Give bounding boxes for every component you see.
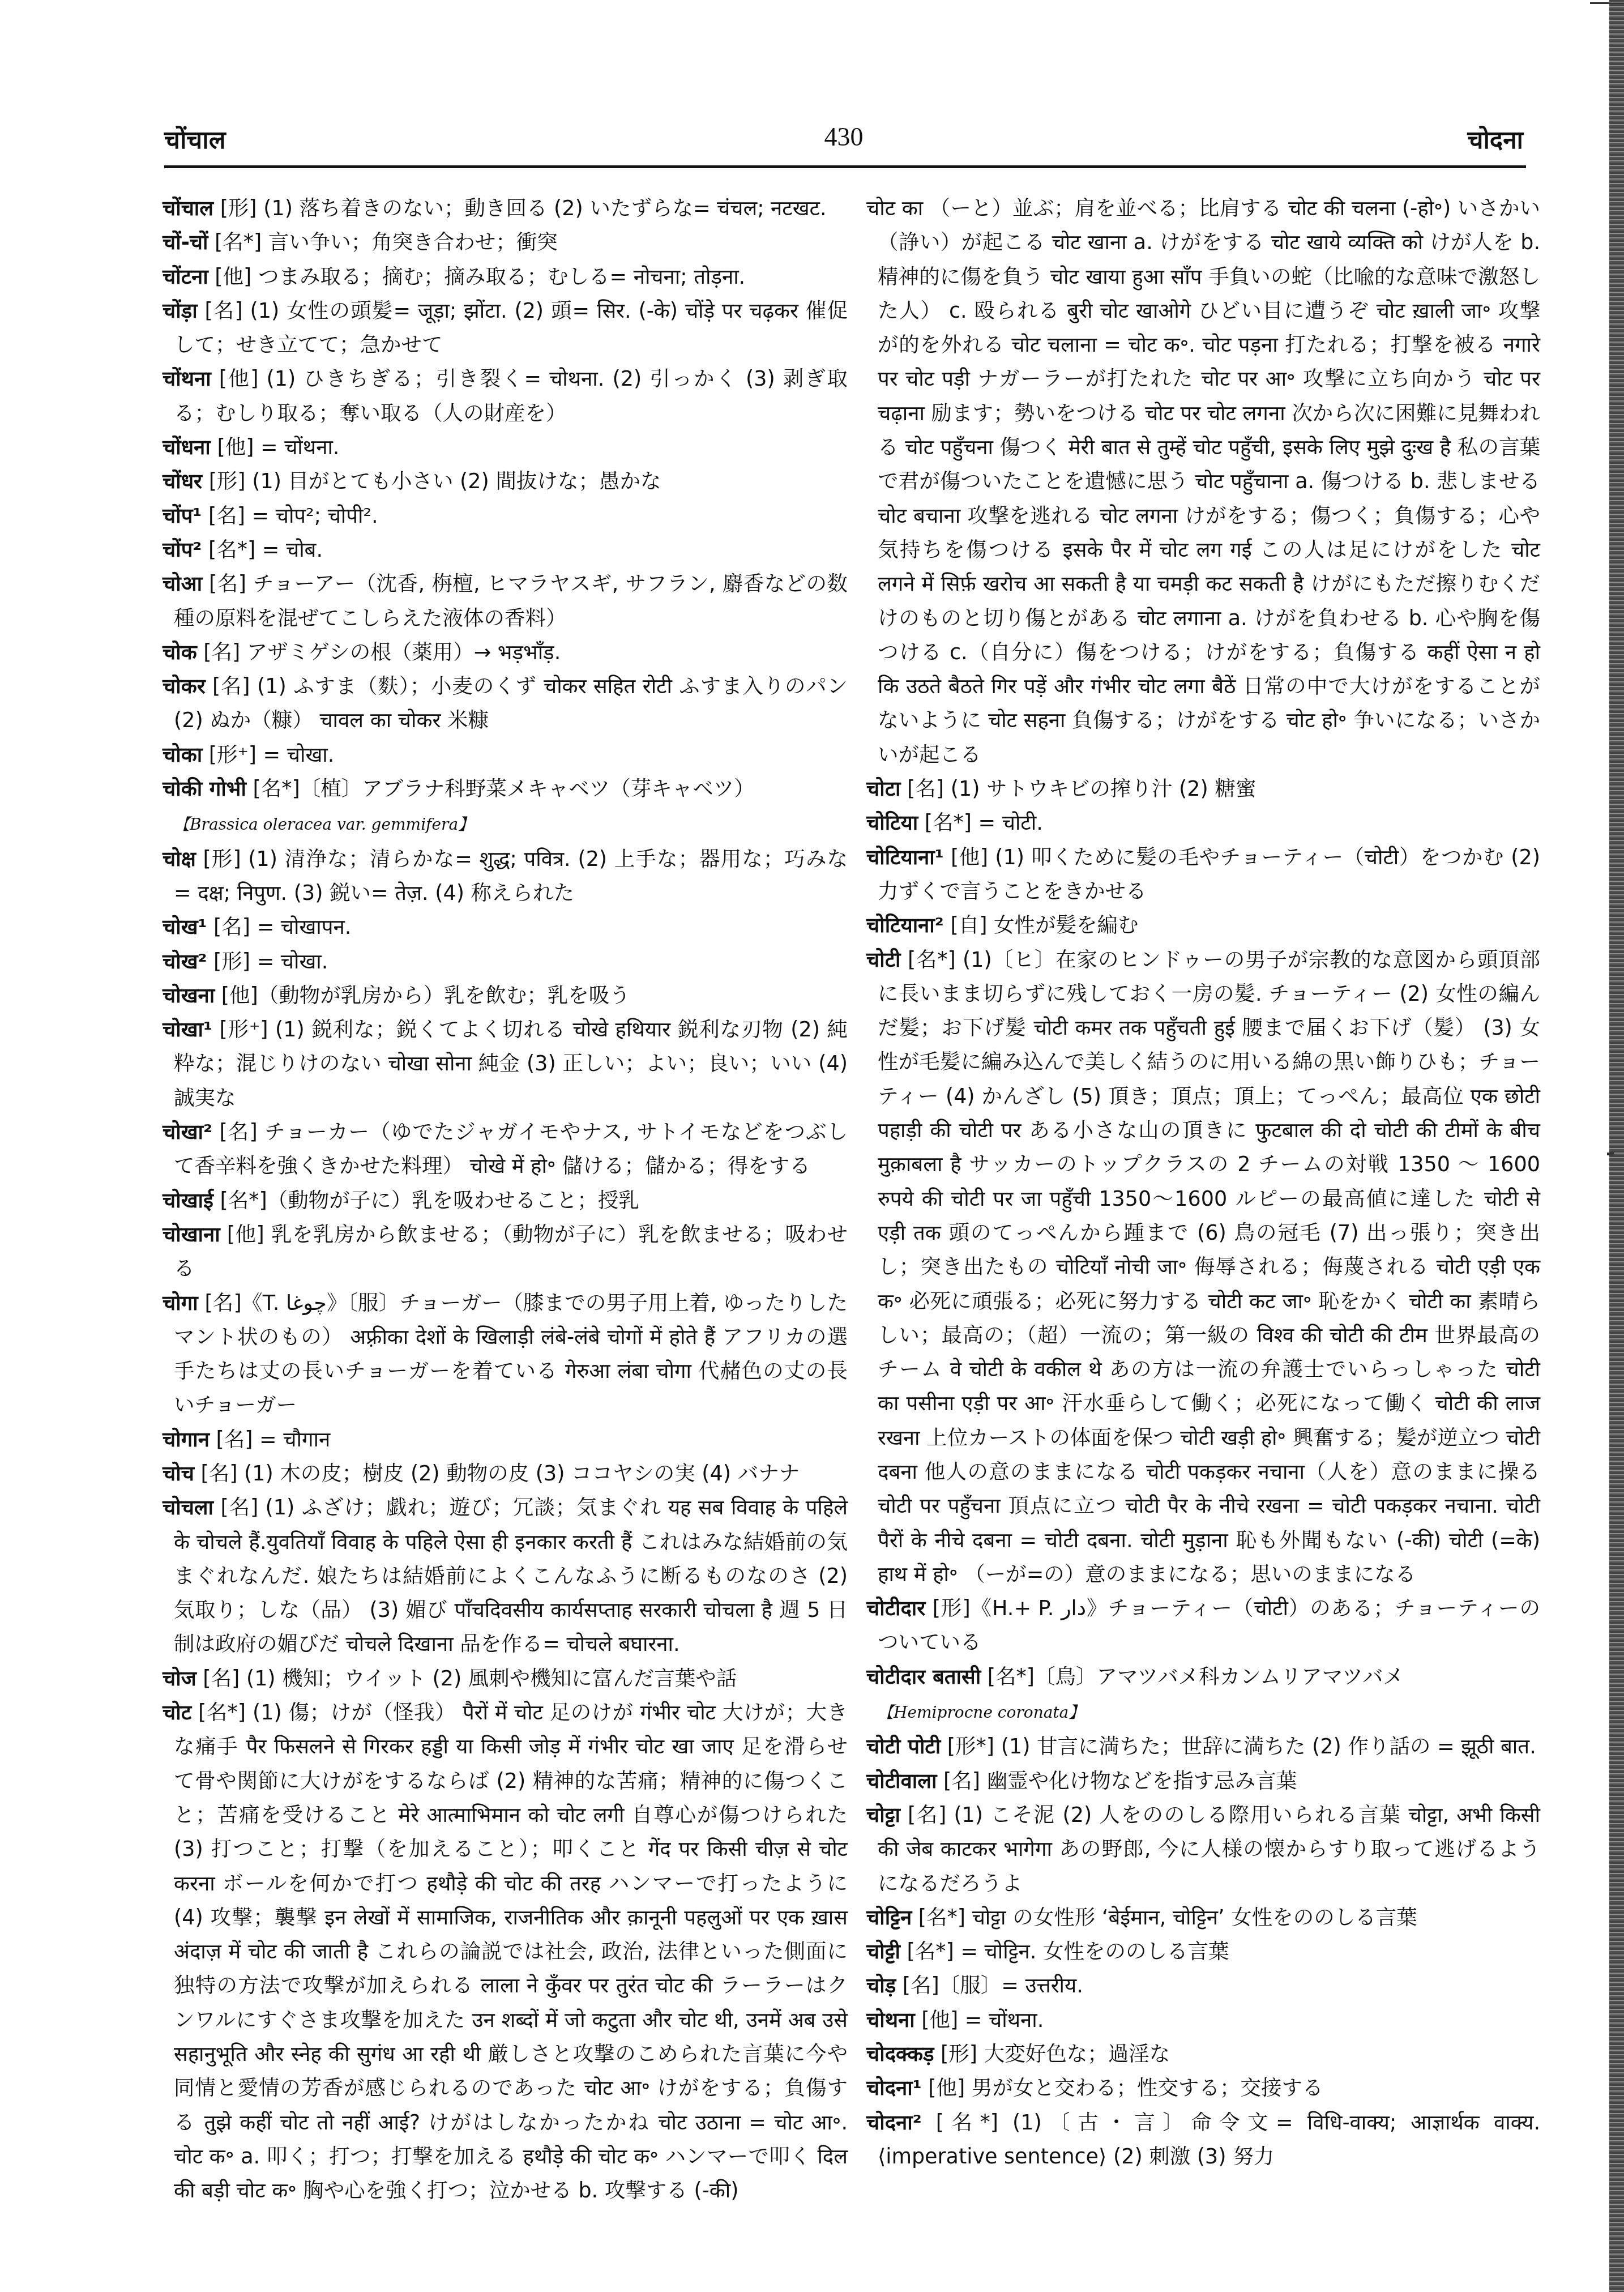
entry-definition: [他] (1) 叩くために髪の毛やチョーティー（चोटी）をつかむ (2) 力ず…	[878, 845, 1540, 903]
header-first-headword: चोंचाल	[164, 122, 226, 156]
entry-headword: चोदना²	[866, 2110, 922, 2135]
entry-headword: चोख¹	[163, 915, 207, 939]
dictionary-entry: चोखाना [他] 乳を乳房から飲ませる；（動物が子に）乳を飲ませる；吸わせる	[163, 1218, 848, 1286]
dictionary-entry: चोटीदार [形]《H.+ P. دار》チョーティー（चोटी）のある；チ…	[866, 1591, 1540, 1660]
entry-definition: [形] (1) 清浄な；清らかな= शुद्ध; पवित्र. (2) 上手な…	[174, 847, 848, 905]
entry-headword: चोटी पोटी	[866, 1734, 941, 1759]
dictionary-entry: चोआ [名] チョーアー（沈香, 栴檀, ヒマラヤスギ, サフラン, 麝香など…	[163, 567, 848, 635]
dictionary-entry: चोगा [名]《T. چوغا》〔服〕チョーガー（膝までの男子用上着, ゆった…	[163, 1286, 848, 1423]
entry-definition: [自] 女性が髪を編む	[950, 913, 1138, 937]
entry-headword: चों-चों	[163, 230, 208, 254]
entry-definition: [名*] 言い争い；角突き合わせ；衝突	[215, 230, 558, 254]
entry-headword: चोदक्कड़	[866, 2042, 934, 2066]
entry-definition: [名] (1) 女性の頭髪= जूड़ा; झोंटा. (2) 頭= सिर.…	[174, 298, 848, 357]
entry-definition: [他] 男が女と交わる；性交する；交接する	[928, 2076, 1323, 2100]
entry-headword: चोआ	[163, 571, 202, 596]
entry-headword: चोट	[163, 1700, 191, 1725]
entry-definition: [名] チョーカー（ゆでたジャガイモやナス, サトイモなどをつぶして香辛料を強く…	[174, 1120, 848, 1178]
entry-headword: चोचला	[163, 1495, 213, 1520]
dictionary-entry: चोदक्कड़ [形] 大変好色な；過淫な	[866, 2037, 1540, 2071]
entry-headword: चोटी	[866, 947, 900, 972]
entry-definition: [形] (1) 落ち着きのない；動き回る (2) いたずらな= चंचल; नट…	[220, 196, 827, 220]
entry-headword: चोका	[163, 742, 202, 767]
entry-definition: [他] (1) ひきちぎる；引き裂く= चोथना. (2) 引っかく (3) …	[174, 366, 848, 425]
entry-headword: चोक	[163, 640, 197, 664]
dictionary-entry: चोंधना [他] = चोंथना.	[163, 430, 848, 464]
entry-headword: चोख²	[163, 949, 207, 974]
right-column: चोट का （ーと）並ぶ；肩を並べる；比肩する चोट की चलना (-ह…	[866, 191, 1540, 2174]
dictionary-entry: चोंप¹ [名] = चोप²; चोपी².	[163, 499, 848, 533]
entry-definition: [名*] = चोटी.	[925, 810, 1043, 835]
entry-definition: [他] = चोंथना.	[217, 435, 339, 459]
dictionary-entry: चोक [名] アザミゲシの根（薬用）→ भड़भाँड़.	[163, 635, 848, 669]
entry-definition: [名] (1) ふすま（麩）；小麦のくず चोकर सहित रोटी ふすま入…	[174, 674, 848, 732]
entry-headword: चोटीदार बतासी	[866, 1664, 981, 1689]
entry-definition: [他] 乳を乳房から飲ませる；（動物が子に）乳を飲ませる；吸わせる	[174, 1222, 848, 1281]
entry-definition: [名]〔服〕= उत्तरीय.	[903, 1973, 1083, 1998]
entry-definition: [名] (1) 木の皮；樹皮 (2) 動物の皮 (3) ココヤシの実 (4) バ…	[200, 1461, 800, 1486]
entry-headword: चोखना	[163, 983, 215, 1008]
book-binding-edge	[1609, 0, 1624, 2292]
entry-headword: चोंथना	[163, 366, 211, 391]
entry-definition: [形⁺] = चोखा.	[209, 742, 335, 767]
entry-definition: [名*] = चोब.	[208, 537, 323, 562]
dictionary-entry: चोथना [他] = चोंथना.	[866, 2003, 1540, 2037]
dictionary-entry: चोकी गोभी [名*]〔植〕アブラナ科野菜メキャベツ（芽キャベツ）【Bra…	[163, 772, 848, 842]
entry-headword: चोच	[163, 1461, 194, 1486]
entry-definition: [名*]（動物が子に）乳を吸わせること；授乳	[220, 1188, 639, 1213]
dictionary-entry: चोटीवाला [名] 幽霊や化け物などを指す忌み言葉	[866, 1764, 1540, 1798]
dictionary-entry: चों-चों [名*] 言い争い；角突き合わせ；衝突	[163, 225, 848, 259]
dictionary-entry: चोंटना [他] つまみ取る；摘む；摘み取る；むしる= नोचना; तोड…	[163, 260, 848, 294]
dictionary-entry: चोदना² [名*] (1)〔古・言〕命令文= विधि-वाक्य; आज्…	[866, 2106, 1540, 2174]
entry-definition: चोट का （ーと）並ぶ；肩を並べる；比肩する चोट की चलना (-ह…	[866, 196, 1540, 767]
scientific-name: 【Hemiprocne coronata】	[878, 1703, 1084, 1722]
entry-headword: चोट्टा	[866, 1803, 900, 1827]
header-rule	[164, 165, 1526, 168]
entry-headword: चोंटना	[163, 264, 208, 289]
entry-definition: [他] つまみ取る；摘む；摘み取る；むしる= नोचना; तोड़ना.	[215, 264, 745, 289]
entry-definition: [他]（動物が乳房から）乳を飲む；乳を吸う	[221, 983, 630, 1008]
dictionary-entry: चोटी पोटी [形*] (1) 甘言に満ちた；世辞に満ちた (2) 作り話…	[866, 1730, 1540, 1764]
entry-headword: चोंड़ा	[163, 298, 198, 323]
entry-headword: चोंधना	[163, 435, 211, 459]
entry-headword: चोगा	[163, 1291, 198, 1315]
dictionary-entry: चोखना [他]（動物が乳房から）乳を飲む；乳を吸う	[163, 979, 848, 1013]
entry-headword: चोकी गोभी	[163, 776, 246, 801]
entry-definition: [名*] = चोट्टिन. 女性をののしる言葉	[907, 1939, 1229, 1964]
entry-headword: चोट्टी	[866, 1939, 900, 1964]
entry-definition: [形]《H.+ P. دار》チョーティー（चोटी）のある；チョーティーのつい…	[878, 1596, 1540, 1654]
dictionary-entry: चोटियाना¹ [他] (1) 叩くために髪の毛やチョーティー（चोटी）を…	[866, 840, 1540, 909]
entry-definition: [他] = चोंथना.	[921, 2008, 1044, 2032]
dictionary-entry: चोज [名] (1) 機知；ウイット (2) 風刺や機知に富んだ言葉や話	[163, 1662, 848, 1696]
entry-headword: चोड़	[866, 1973, 896, 1998]
entry-headword: चोंप¹	[163, 503, 202, 528]
dictionary-entry: चोट्टिन [名*] चोट्टा の女性形 ‘बेईमान, चोट्टि…	[866, 1901, 1540, 1935]
left-column: चोंचाल [形] (1) 落ち着きのない；動き回る (2) いたずらな= च…	[163, 191, 848, 2208]
dictionary-entry: चोंधर [形] (1) 目がとても小さい (2) 間抜けな；愚かな	[163, 464, 848, 498]
margin-mark	[1607, 1153, 1614, 1155]
dictionary-entry: चोड़ [名]〔服〕= उत्तरीय.	[866, 1969, 1540, 2003]
dictionary-entry: चोट्टी [名*] = चोट्टिन. 女性をののしる言葉	[866, 1935, 1540, 1969]
entry-definition: [形] = चोखा.	[213, 949, 328, 974]
dictionary-entry: चोखा¹ [形⁺] (1) 鋭利な；鋭くてよく切れる चोखे हथियार …	[163, 1013, 848, 1115]
entry-headword: चोखाई	[163, 1188, 213, 1213]
entry-definition: [形*] (1) 甘言に満ちた；世辞に満ちた (2) 作り話の = झूठी ब…	[947, 1734, 1536, 1759]
entry-definition: [名*] (1) 傷；けが（怪我） पैरों में चोट 足のけが गंभ…	[174, 1700, 848, 2203]
dictionary-entry: चोख² [形] = चोखा.	[163, 945, 848, 979]
entry-headword: चोंचाल	[163, 196, 213, 220]
entry-headword: चोटियाना¹	[866, 845, 944, 869]
dictionary-entry: चोंप² [名*] = चोब.	[163, 533, 848, 567]
dictionary-entry: चोच [名] (1) 木の皮；樹皮 (2) 動物の皮 (3) ココヤシの実 (…	[163, 1457, 848, 1491]
entry-headword: चोगान	[163, 1427, 210, 1452]
entry-definition: [名*] चोट्टा の女性形 ‘बेईमान, चोट्टिन’ 女性をのの…	[918, 1905, 1417, 1930]
dictionary-entry: चोकर [名] (1) ふすま（麩）；小麦のくず चोकर सहित रोटी…	[163, 669, 848, 738]
dictionary-entry: चोचला [名] (1) ふざけ；戯れ；遊び；冗談；気まぐれ यह सब वि…	[163, 1491, 848, 1661]
header-last-headword: चोदना	[1467, 122, 1523, 156]
entry-definition: [名]《T. چوغا》〔服〕チョーガー（膝までの男子用上着, ゆったりしたマン…	[174, 1291, 848, 1418]
entry-headword: चोज	[163, 1666, 196, 1691]
entry-definition: [名] (1) ふざけ；戯れ；遊び；冗談；気まぐれ यह सब विवाह के…	[174, 1495, 848, 1656]
dictionary-entry: चोखा² [名] チョーカー（ゆでたジャガイモやナス, サトイモなどをつぶして…	[163, 1115, 848, 1184]
dictionary-entry: चोख¹ [名] = चोखापन.	[163, 910, 848, 944]
entry-headword: चोटीवाला	[866, 1769, 937, 1793]
entry-definition: [形] (1) 目がとても小さい (2) 間抜けな；愚かな	[209, 469, 661, 493]
entry-headword: चोट्टिन	[866, 1905, 912, 1930]
entry-headword: चोथना	[866, 2008, 915, 2032]
entry-definition: [形] 大変好色な；過淫な	[941, 2042, 1170, 2066]
dictionary-entry: चोटी [名*] (1)〔ヒ〕在家のヒンドゥーの男子が宗教的な意図から頭頂部に…	[866, 943, 1540, 1592]
dictionary-entry: चोट का （ーと）並ぶ；肩を並べる；比肩する चोट की चलना (-ह…	[866, 191, 1540, 772]
dictionary-entry: चोट [名*] (1) 傷；けが（怪我） पैरों में चोट 足のけが…	[163, 1696, 848, 2208]
dictionary-entry: चोंचाल [形] (1) 落ち着きのない；動き回る (2) いたずらな= च…	[163, 191, 848, 225]
entry-headword: चोक्ष	[163, 847, 196, 871]
dictionary-entry: चोटिया [名*] = चोटी.	[866, 806, 1540, 840]
scientific-name: 【Brassica oleracea var. gemmifera】	[174, 815, 474, 834]
dictionary-entry: चोका [形⁺] = चोखा.	[163, 738, 848, 772]
entry-headword: चोंधर	[163, 469, 202, 493]
entry-headword: चोदना¹	[866, 2076, 922, 2100]
dictionary-entry: चोक्ष [形] (1) 清浄な；清らかな= शुद्ध; पवित्र. (…	[163, 842, 848, 911]
dictionary-entry: चोंड़ा [名] (1) 女性の頭髪= जूड़ा; झोंटा. (2) …	[163, 294, 848, 362]
entry-definition: [名] = चोप²; चोपी².	[208, 503, 378, 528]
entry-headword: चोखा²	[163, 1120, 212, 1144]
entry-definition: [名] アザミゲシの根（薬用）→ भड़भाँड़.	[203, 640, 561, 664]
entry-definition: [名] 幽霊や化け物などを指す忌み言葉	[943, 1769, 1297, 1793]
entry-definition: [形⁺] (1) 鋭利な；鋭くてよく切れる चोखे हथियार 鋭利な刃物 …	[174, 1017, 848, 1110]
entry-definition: [名] (1) こそ泥 (2) 人をののしる際用いられる言葉 चोट्टा, अ…	[878, 1803, 1540, 1896]
dictionary-entry: चोटा [名] (1) サトウキビの搾り汁 (2) 糖蜜	[866, 772, 1540, 806]
dictionary-entry: चोटियाना² [自] 女性が髪を編む	[866, 908, 1540, 942]
entry-headword: चोंप²	[163, 537, 202, 562]
dictionary-entry: चोगान [名] = चौगान	[163, 1423, 848, 1457]
entry-headword: चोटा	[866, 776, 900, 801]
dictionary-entry: चोट्टा [名] (1) こそ泥 (2) 人をののしる際用いられる言葉 चो…	[866, 1798, 1540, 1901]
entry-definition: [名] チョーアー（沈香, 栴檀, ヒマラヤスギ, サフラン, 麝香などの数種の…	[174, 571, 848, 630]
dictionary-entry: चोदना¹ [他] 男が女と交わる；性交する；交接する	[866, 2071, 1540, 2105]
dictionary-entry: चोटीदार बतासी [名*]〔鳥〕アマツバメ科カンムリアマツバメ【Hem…	[866, 1660, 1540, 1730]
dictionary-entry: चोखाई [名*]（動物が子に）乳を吸わせること；授乳	[163, 1184, 848, 1218]
entry-definition: [名] (1) サトウキビの搾り汁 (2) 糖蜜	[907, 776, 1256, 801]
page-header: चोंचाल 430 चोदना	[164, 122, 1523, 161]
entry-definition: [名*]〔鳥〕アマツバメ科カンムリアマツバメ	[988, 1664, 1404, 1689]
entry-headword: चोखाना	[163, 1222, 220, 1247]
entry-definition: [名*] (1)〔古・言〕命令文= विधि-वाक्य; आज्ञार्थक …	[878, 2110, 1540, 2169]
dictionary-entry: चोंथना [他] (1) ひきちぎる；引き裂く= चोथना. (2) 引っ…	[163, 362, 848, 430]
entry-definition: [名*]〔植〕アブラナ科野菜メキャベツ（芽キャベツ）	[253, 776, 755, 801]
entry-definition: [名] = चोखापन.	[213, 915, 351, 939]
entry-definition: [名] = चौगान	[216, 1427, 331, 1452]
entry-headword: चोटियाना²	[866, 913, 944, 937]
entry-headword: चोटिया	[866, 810, 918, 835]
entry-headword: चोखा¹	[163, 1017, 212, 1042]
entry-definition: [名] (1) 機知；ウイット (2) 風刺や機知に富んだ言葉や話	[203, 1666, 737, 1691]
entry-headword: चोकर	[163, 674, 206, 698]
page-number: 430	[824, 122, 864, 152]
entry-definition: [名*] (1)〔ヒ〕在家のヒンドゥーの男子が宗教的な意図から頭頂部に長いまま切…	[878, 947, 1540, 1586]
entry-headword: चोटीदार	[866, 1596, 925, 1620]
